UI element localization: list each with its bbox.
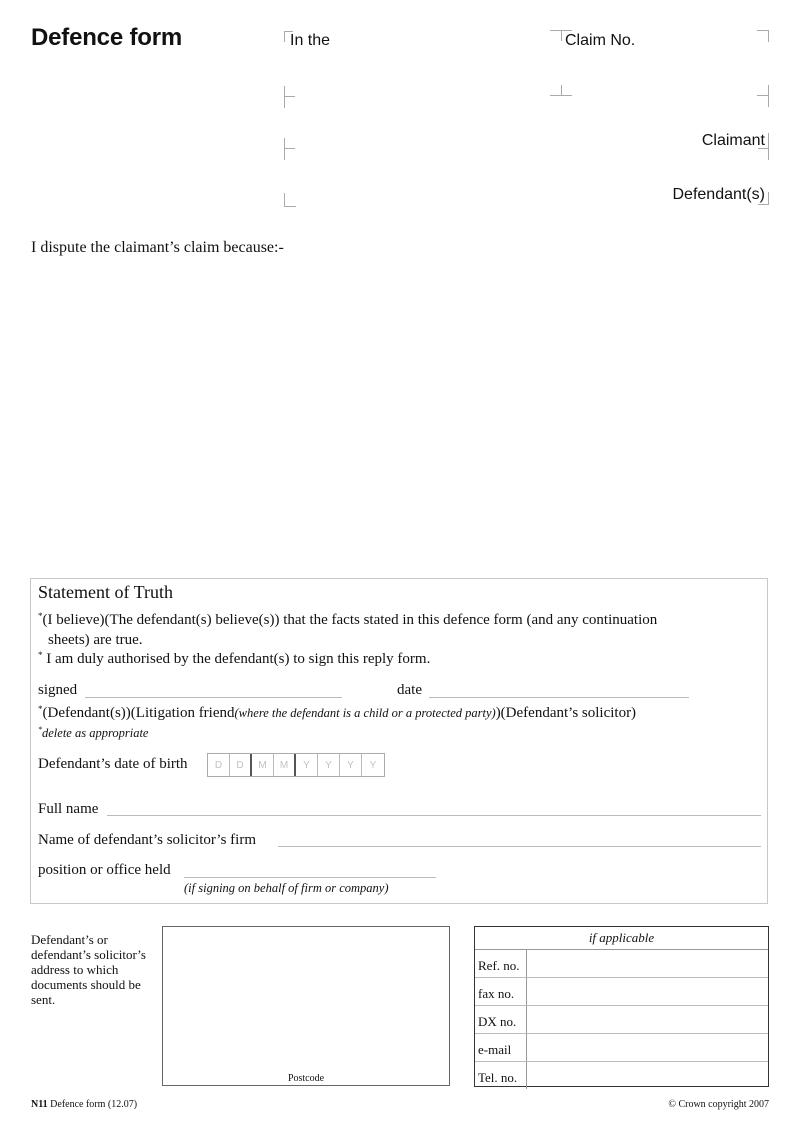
address-field[interactable]: Postcode xyxy=(162,926,450,1086)
tel-no-field[interactable] xyxy=(527,1062,768,1089)
corner-mark xyxy=(284,148,295,149)
position-note: (if signing on behalf of firm or company… xyxy=(184,881,389,896)
corner-mark xyxy=(550,95,572,96)
postcode-label: Postcode xyxy=(163,1073,449,1084)
corner-mark xyxy=(757,95,768,96)
table-row: e-mail xyxy=(475,1034,768,1062)
belief-statement: *(I believe)(The defendant(s) believe(s)… xyxy=(38,612,657,629)
claimant-label: Claimant xyxy=(702,132,765,150)
defendant-label: Defendant(s) xyxy=(673,186,766,204)
ref-no-label: Ref. no. xyxy=(475,950,527,977)
email-field[interactable] xyxy=(527,1034,768,1061)
authorised-text: I am duly authorised by the defendant(s)… xyxy=(43,651,431,667)
address-label: Defendant’s or defendant’s solicitor’s a… xyxy=(31,932,161,1007)
form-code: N11 xyxy=(31,1099,48,1110)
corner-mark xyxy=(284,138,296,160)
date-field[interactable] xyxy=(429,697,689,698)
table-row: fax no. xyxy=(475,978,768,1006)
signed-field[interactable] xyxy=(85,697,342,698)
dob-field[interactable]: D D M M Y Y Y Y xyxy=(207,753,385,777)
full-name-field[interactable] xyxy=(107,815,761,816)
delete-note: *delete as appropriate xyxy=(38,726,148,741)
date-label: date xyxy=(397,682,422,699)
asterisk-mark: * xyxy=(38,725,42,734)
corner-mark xyxy=(561,85,562,95)
table-row: DX no. xyxy=(475,1006,768,1034)
authorised-statement: * I am duly authorised by the defendant(… xyxy=(38,651,430,668)
capacity-defendant-litigation: (Defendant(s))(Litigation friend xyxy=(43,705,235,721)
fax-no-label: fax no. xyxy=(475,978,527,1005)
dob-month-2[interactable]: M xyxy=(274,754,296,776)
corner-mark xyxy=(758,192,769,205)
dob-year-2[interactable]: Y xyxy=(318,754,340,776)
position-label: position or office held xyxy=(38,862,171,879)
asterisk-mark: * xyxy=(38,650,43,660)
dob-year-1[interactable]: Y xyxy=(296,754,318,776)
claim-no-label: Claim No. xyxy=(565,32,635,50)
corner-mark xyxy=(768,133,769,160)
copyright: © Crown copyright 2007 xyxy=(668,1099,769,1110)
dispute-label: I dispute the claimant’s claim because:- xyxy=(31,239,284,257)
dispute-text-area[interactable] xyxy=(31,265,769,565)
form-reference: N11 Defence form (12.07) xyxy=(31,1099,137,1110)
claim-no-field[interactable] xyxy=(565,52,760,92)
dx-no-field[interactable] xyxy=(527,1006,768,1033)
corner-mark xyxy=(561,30,562,41)
capacity-line[interactable]: *(Defendant(s))(Litigation friend(where … xyxy=(38,705,636,722)
dob-year-4[interactable]: Y xyxy=(362,754,384,776)
court-field[interactable] xyxy=(290,54,540,194)
signed-label: signed xyxy=(38,682,77,699)
dob-month-1[interactable]: M xyxy=(252,754,274,776)
table-row: Tel. no. xyxy=(475,1062,768,1089)
dob-label: Defendant’s date of birth xyxy=(38,756,188,773)
firm-field[interactable] xyxy=(278,846,761,847)
contact-details-table: if applicable Ref. no. fax no. DX no. e-… xyxy=(474,926,769,1087)
tel-no-label: Tel. no. xyxy=(475,1062,527,1089)
statement-of-truth-title: Statement of Truth xyxy=(38,582,173,603)
ref-no-field[interactable] xyxy=(527,950,768,977)
dob-year-3[interactable]: Y xyxy=(340,754,362,776)
corner-mark xyxy=(768,85,769,107)
contact-table-header: if applicable xyxy=(475,927,768,950)
asterisk-mark: * xyxy=(38,611,43,621)
court-label: In the xyxy=(290,32,330,50)
dob-day-2[interactable]: D xyxy=(230,754,252,776)
asterisk-mark: * xyxy=(38,704,43,714)
corner-mark xyxy=(284,96,295,97)
fax-no-field[interactable] xyxy=(527,978,768,1005)
belief-text: (I believe)(The defendant(s) believe(s))… xyxy=(43,612,658,628)
email-label: e-mail xyxy=(475,1034,527,1061)
firm-label: Name of defendant’s solicitor’s firm xyxy=(38,832,256,849)
corner-mark xyxy=(758,148,768,149)
capacity-note: (where the defendant is a child or a pro… xyxy=(235,706,496,720)
dob-day-1[interactable]: D xyxy=(208,754,230,776)
dx-no-label: DX no. xyxy=(475,1006,527,1033)
corner-mark xyxy=(284,86,296,108)
capacity-solicitor: )(Defendant’s solicitor) xyxy=(496,705,636,721)
position-field[interactable] xyxy=(184,877,436,878)
full-name-label: Full name xyxy=(38,801,98,818)
table-row: Ref. no. xyxy=(475,950,768,978)
form-title: Defence form xyxy=(31,24,182,52)
corner-mark xyxy=(284,193,296,207)
belief-statement-cont: sheets) are true. xyxy=(48,632,143,649)
form-name: Defence form (12.07) xyxy=(48,1099,137,1110)
statement-of-truth-box: Statement of Truth *(I believe)(The defe… xyxy=(30,578,768,904)
delete-note-text: delete as appropriate xyxy=(42,726,148,740)
corner-mark xyxy=(757,30,769,42)
